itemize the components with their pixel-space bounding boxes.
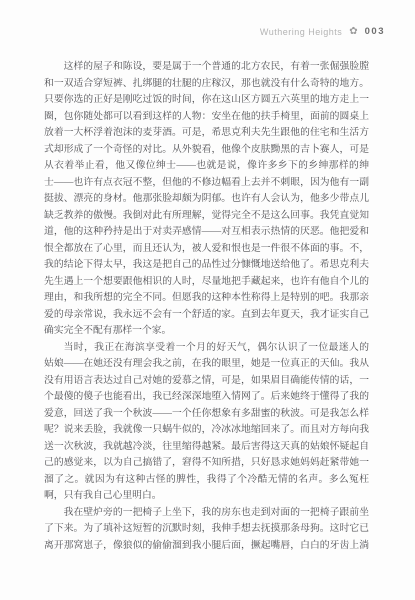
text-line: 士——也许有点衣冠不整，但他的不修边幅看上去并不刺眼，因为他有一副 — [44, 175, 369, 192]
text-line: 从衣着举止看，他又像位绅士——也就是说，像许多乡下的乡绅那样的绅 — [44, 158, 369, 175]
text-line: 呢？说来丢脸，我就像一只蜗牛似的，冷冰冰地缩回来了。而且对方每向我 — [44, 422, 369, 439]
text-line: 挺拔、漂亮的身材。他那张脸却颇为阴郁。也许有人会认为，他多少带点儿 — [44, 191, 369, 208]
text-line: 个最傻的傻子也能看出，我已经深深地堕入情网了。后来她终于懂得了我的 — [44, 389, 369, 406]
text-line: 我在壁炉旁的一把椅子上坐下，我的房东也走到对面的一把椅子跟前坐 — [44, 505, 369, 522]
text-line: 恨全都放在了心里，而且还认为，被人爱和恨也是一件很不体面的事。不， — [44, 241, 369, 258]
text-line: 和一双适合穿短裤、扎绑腿的壮腿的庄稼汉，那也就没有什么奇特的地方。 — [44, 76, 369, 93]
text-line: 爱意，回送了我一个秋波——一个任你想象有多甜蜜的秋波。可是我怎么样 — [44, 406, 369, 423]
text-line: 了下来。为了填补这短暂的沉默时刻，我伸手想去抚摸那条母狗。这时它已 — [44, 521, 369, 538]
text-line: 离开那窝崽子，像狼似的偷偷溜到我小腿后面，撅起嘴唇，白白的牙齿上淌 — [44, 538, 369, 555]
text-line: 这样的屋子和陈设，要是属于一个普通的北方农民，有着一张倔强脸膛 — [44, 59, 369, 76]
text-line: 爱的母亲常说，我永远不会有一个舒适的家。直到去年夏天，我才证实自己 — [44, 307, 369, 324]
book-title: Wuthering Heights — [260, 27, 342, 37]
text-line: 姑娘——在她还没有理会我之前，在我的眼里，她是一位真正的天仙。我从 — [44, 356, 369, 373]
text-line: 当时，我正在海滨享受着一个月的好天气，偶尔认识了一位最迷人的 — [44, 340, 369, 357]
page-number: 003 — [365, 26, 385, 37]
text-line: 道，他的这种矜持是出于对卖弄感情——对互相表示热情的厌恶。他把爱和 — [44, 224, 369, 241]
text-line: 缺乏教养的傲慢。我倒对此有所理解，觉得完全不是这么回事。我凭直觉知 — [44, 208, 369, 225]
text-line: 没有用语言表达过自己对她的爱慕之情，可是，如果眉目确能传情的话，一 — [44, 373, 369, 390]
florette-ornament-icon: ✿ — [349, 27, 357, 37]
text-line: 理由，和我所想的完全不同。但愿我的这种本性称得上是特别的吧。我那亲 — [44, 290, 369, 307]
text-line: 确实完全不配有那样一个家。 — [44, 323, 369, 340]
running-head: Wuthering Heights ✿ 003 — [260, 26, 385, 37]
text-line: 送一次秋波，我就越冷淡，往里缩得越紧。最后害得这天真的姑娘怀疑起自 — [44, 439, 369, 456]
text-line: 溜了之。就因为有这种古怪的脾性，我得了个冷酷无情的名声。多么冤枉 — [44, 472, 369, 489]
text-line: 先生遇上一个想要跟他相识的人时，尽量地把手藏起来，也许有他自个儿的 — [44, 274, 369, 291]
text-line: 己的感觉来，以为自己搞错了，窘得不知所措，只好恳求她妈妈赶紧带她一 — [44, 455, 369, 472]
text-line: 啊，只有我自己心里明白。 — [44, 488, 369, 505]
page-text: 这样的屋子和陈设，要是属于一个普通的北方农民，有着一张倔强脸膛和一双适合穿短裤、… — [44, 59, 369, 554]
text-line: 放着一大杯浮着泡沫的麦芽酒。可是，希思克利夫先生跟他的住宅和生活方 — [44, 125, 369, 142]
text-line: 圈，包你随处都可以看到这样的人物：安坐在他的扶手椅里，面前的圆桌上 — [44, 109, 369, 126]
text-line: 式却形成了一个奇怪的对比。从外貌看，他像个皮肤黝黑的吉卜赛人，可是 — [44, 142, 369, 159]
text-line: 只要你选的正好是刚吃过饭的时间，你在这山区方圆五六英里的地方走上一 — [44, 92, 369, 109]
book-page: Wuthering Heights ✿ 003 这样的屋子和陈设，要是属于一个普… — [0, 0, 415, 600]
text-line: 我的结论下得太早，我这是把自己的品性过分慷慨地送给他了。希思克利夫 — [44, 257, 369, 274]
